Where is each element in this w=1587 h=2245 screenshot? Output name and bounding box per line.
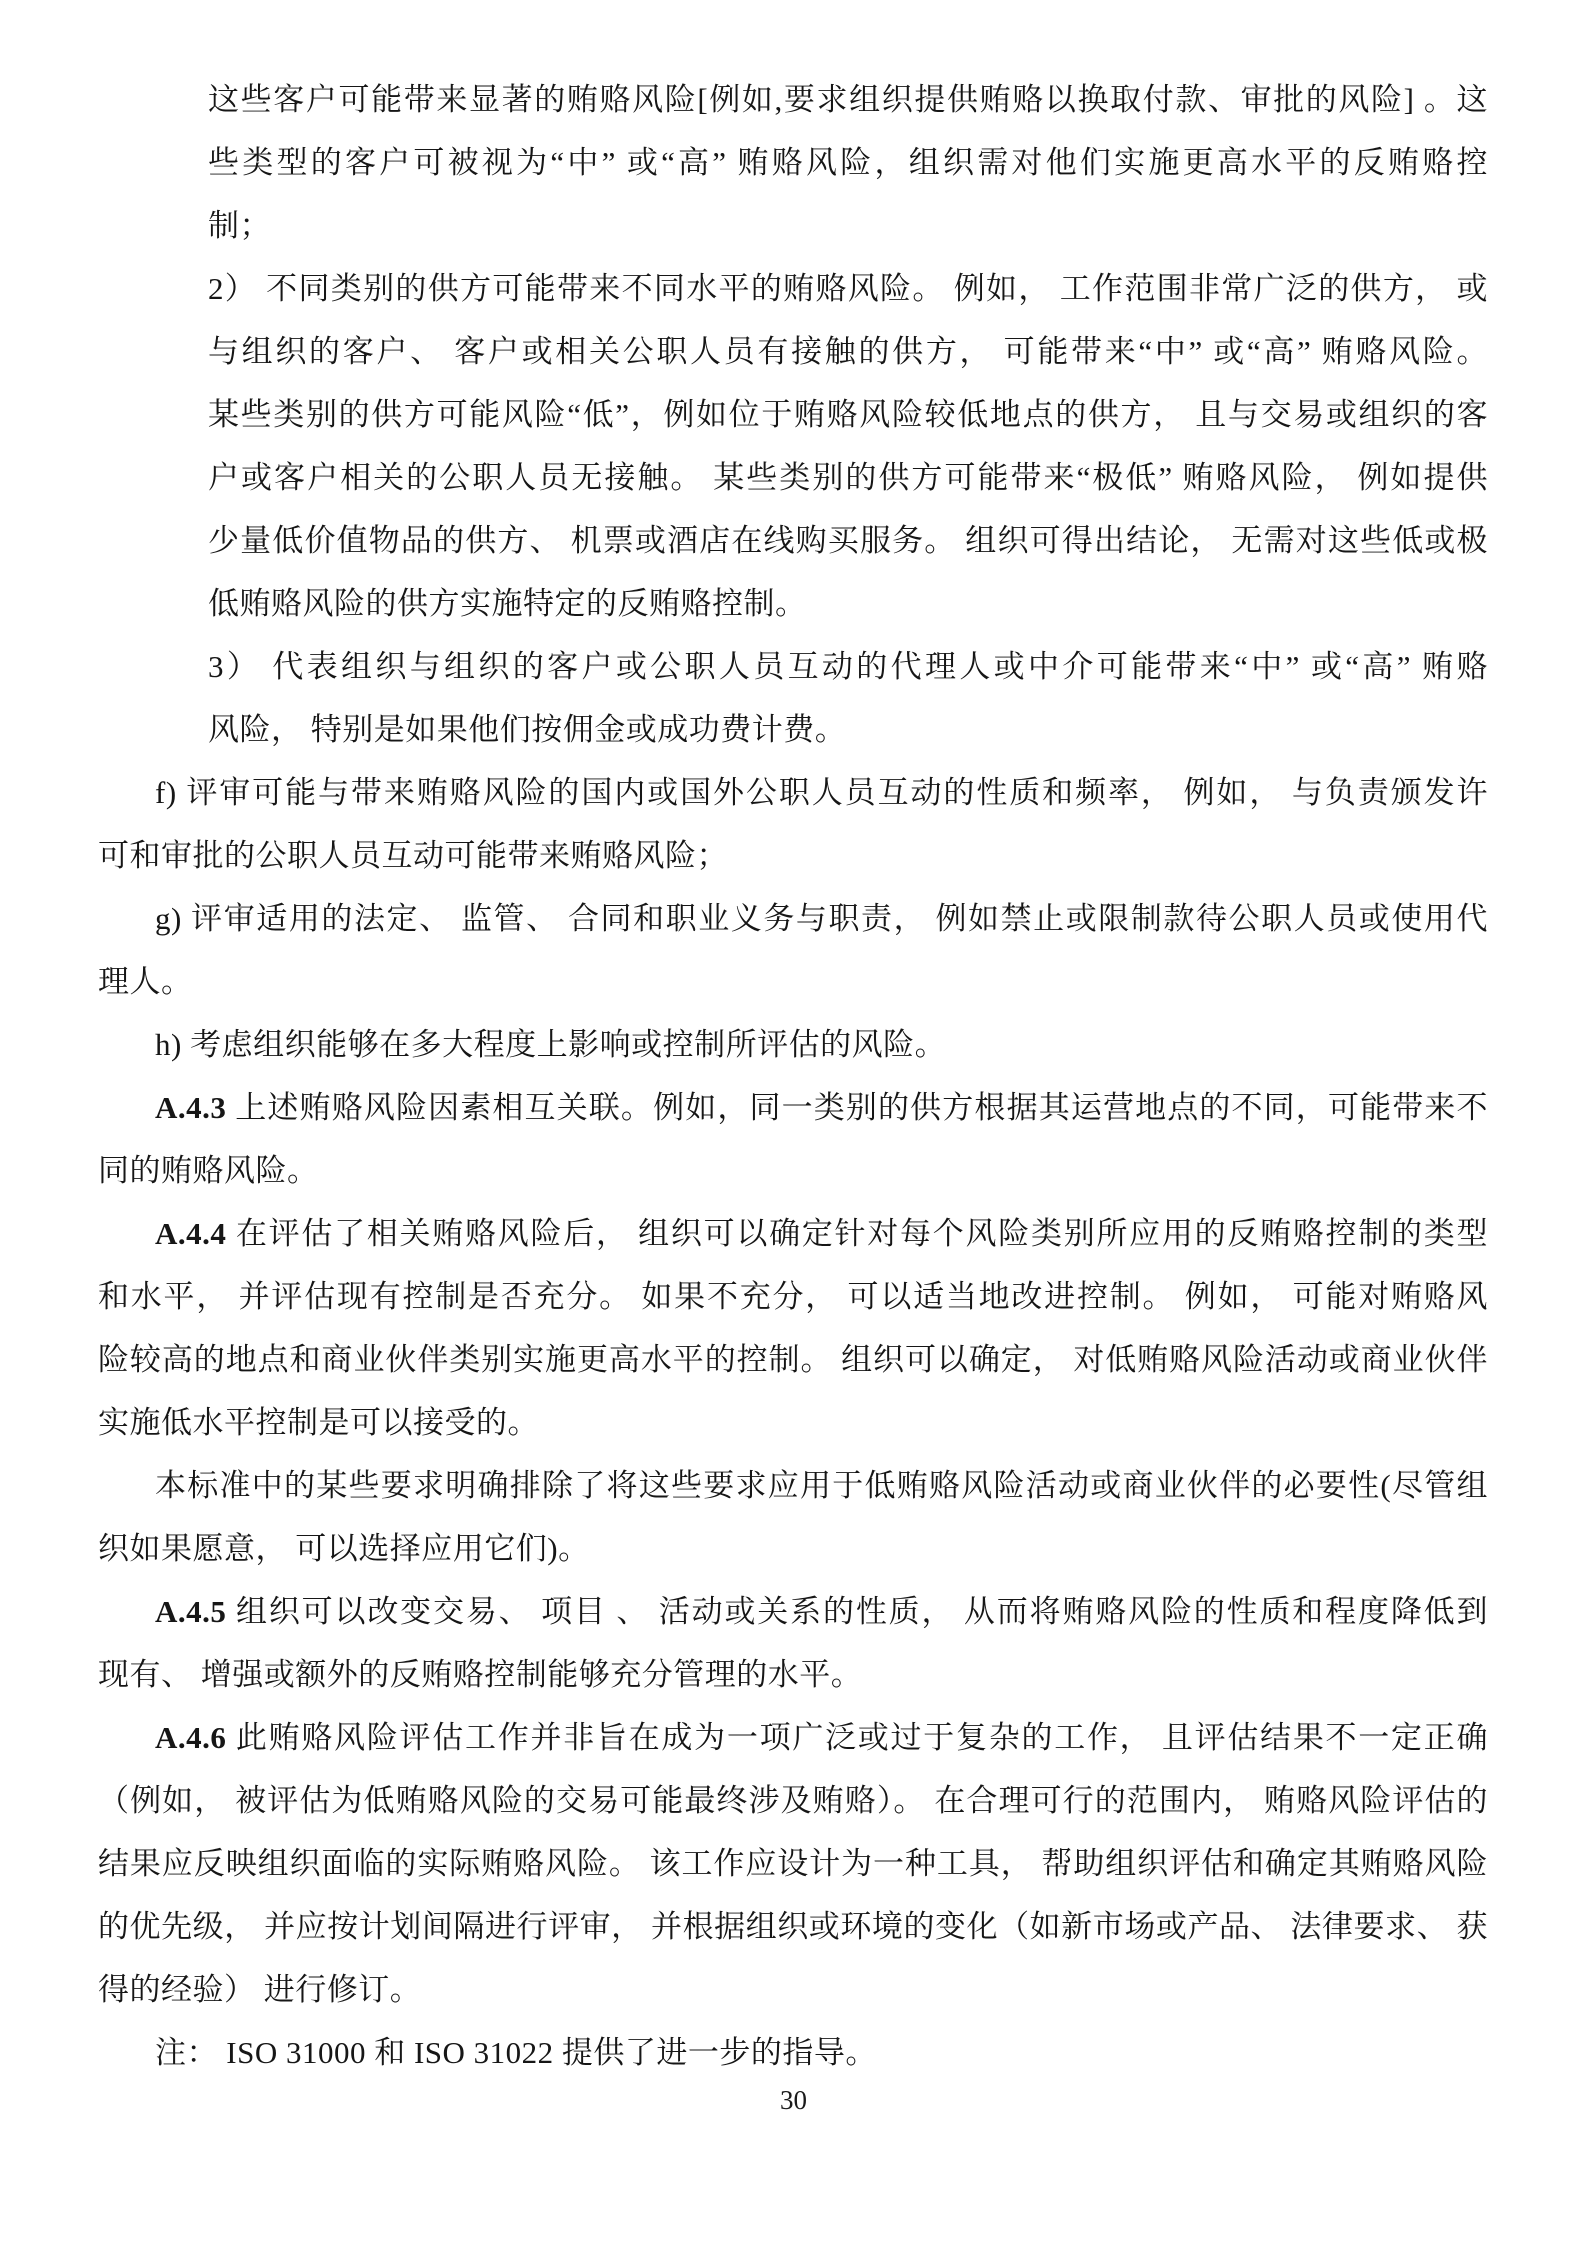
text-line: A.4.4 在评估了相关贿赂风险后， 组织可以确定针对每个风险类别所应用的反贿赂… (98, 1202, 1488, 1265)
text-line: h) 考虑组织能够在多大程度上影响或控制所评估的风险。 (98, 1013, 1488, 1076)
text-line: A.4.3 上述贿赂风险因素相互关联。例如，同一类别的供方根据其运营地点的不同，… (98, 1076, 1488, 1139)
text-line: 得的经验） 进行修订。 (98, 1958, 1488, 2021)
text-line: 3） 代表组织与组织的客户或公职人员互动的代理人或中介可能带来“中” 或“高” … (98, 635, 1488, 698)
clause-number: A.4.4 (155, 1216, 226, 1251)
text-line: 的优先级， 并应按计划间隔进行评审， 并根据组织或环境的变化（如新市场或产品、 … (98, 1895, 1488, 1958)
text-line: 户或客户相关的公职人员无接触。 某些类别的供方可能带来“极低” 贿赂风险， 例如… (98, 446, 1488, 509)
text-line: 注： ISO 31000 和 ISO 31022 提供了进一步的指导。 (98, 2021, 1488, 2084)
text-line: 风险， 特别是如果他们按佣金或成功费计费。 (98, 698, 1488, 761)
text-line: 织如果愿意， 可以选择应用它们)。 (98, 1517, 1488, 1580)
text-line: 实施低水平控制是可以接受的。 (98, 1391, 1488, 1454)
text-line: 与组织的客户、 客户或相关公职人员有接触的供方， 可能带来“中” 或“高” 贿赂… (98, 320, 1488, 383)
text-line: 可和审批的公职人员互动可能带来贿赂风险； (98, 824, 1488, 887)
text-line: 同的贿赂风险。 (98, 1139, 1488, 1202)
document-page: 这些客户可能带来显著的贿赂风险[例如,要求组织提供贿赂以换取付款、审批的风险] … (0, 0, 1587, 2245)
text-line: 结果应反映组织面临的实际贿赂风险。 该工作应设计为一种工具， 帮助组织评估和确定… (98, 1832, 1488, 1895)
page-number: 30 (0, 2082, 1587, 2118)
text-line: f) 评审可能与带来贿赂风险的国内或国外公职人员互动的性质和频率， 例如， 与负… (98, 761, 1488, 824)
text-line: A.4.5 组织可以改变交易、 项目 、 活动或关系的性质， 从而将贿赂风险的性… (98, 1580, 1488, 1643)
clause-number: A.4.6 (155, 1720, 226, 1755)
text-line: g) 评审适用的法定、 监管、 合同和职业义务与职责， 例如禁止或限制款待公职人… (98, 887, 1488, 950)
text-line: 少量低价值物品的供方、 机票或酒店在线购买服务。 组织可得出结论， 无需对这些低… (98, 509, 1488, 572)
text-line: 理人。 (98, 950, 1488, 1013)
text-line: 险较高的地点和商业伙伴类别实施更高水平的控制。 组织可以确定， 对低贿赂风险活动… (98, 1328, 1488, 1391)
text-line: A.4.6 此贿赂风险评估工作并非旨在成为一项广泛或过于复杂的工作， 且评估结果… (98, 1706, 1488, 1769)
text-line: 现有、 增强或额外的反贿赂控制能够充分管理的水平。 (98, 1643, 1488, 1706)
text-line: （例如， 被评估为低贿赂风险的交易可能最终涉及贿赂）。 在合理可行的范围内， 贿… (98, 1769, 1488, 1832)
text-line: 制； (98, 194, 1488, 257)
text-line: 某些类别的供方可能风险“低”，例如位于贿赂风险较低地点的供方， 且与交易或组织的… (98, 383, 1488, 446)
text-line: 些类型的客户可被视为“中” 或“高” 贿赂风险，组织需对他们实施更高水平的反贿赂… (98, 131, 1488, 194)
text-line: 低贿赂风险的供方实施特定的反贿赂控制。 (98, 572, 1488, 635)
clause-number: A.4.5 (155, 1594, 226, 1629)
text-line: 这些客户可能带来显著的贿赂风险[例如,要求组织提供贿赂以换取付款、审批的风险] … (98, 68, 1488, 131)
text-line: 和水平， 并评估现有控制是否充分。 如果不充分， 可以适当地改进控制。 例如， … (98, 1265, 1488, 1328)
clause-number: A.4.3 (155, 1090, 226, 1125)
text-line: 2） 不同类别的供方可能带来不同水平的贿赂风险。 例如， 工作范围非常广泛的供方… (98, 257, 1488, 320)
page-body: 这些客户可能带来显著的贿赂风险[例如,要求组织提供贿赂以换取付款、审批的风险] … (98, 68, 1488, 2084)
text-line: 本标准中的某些要求明确排除了将这些要求应用于低贿赂风险活动或商业伙伴的必要性(尽… (98, 1454, 1488, 1517)
